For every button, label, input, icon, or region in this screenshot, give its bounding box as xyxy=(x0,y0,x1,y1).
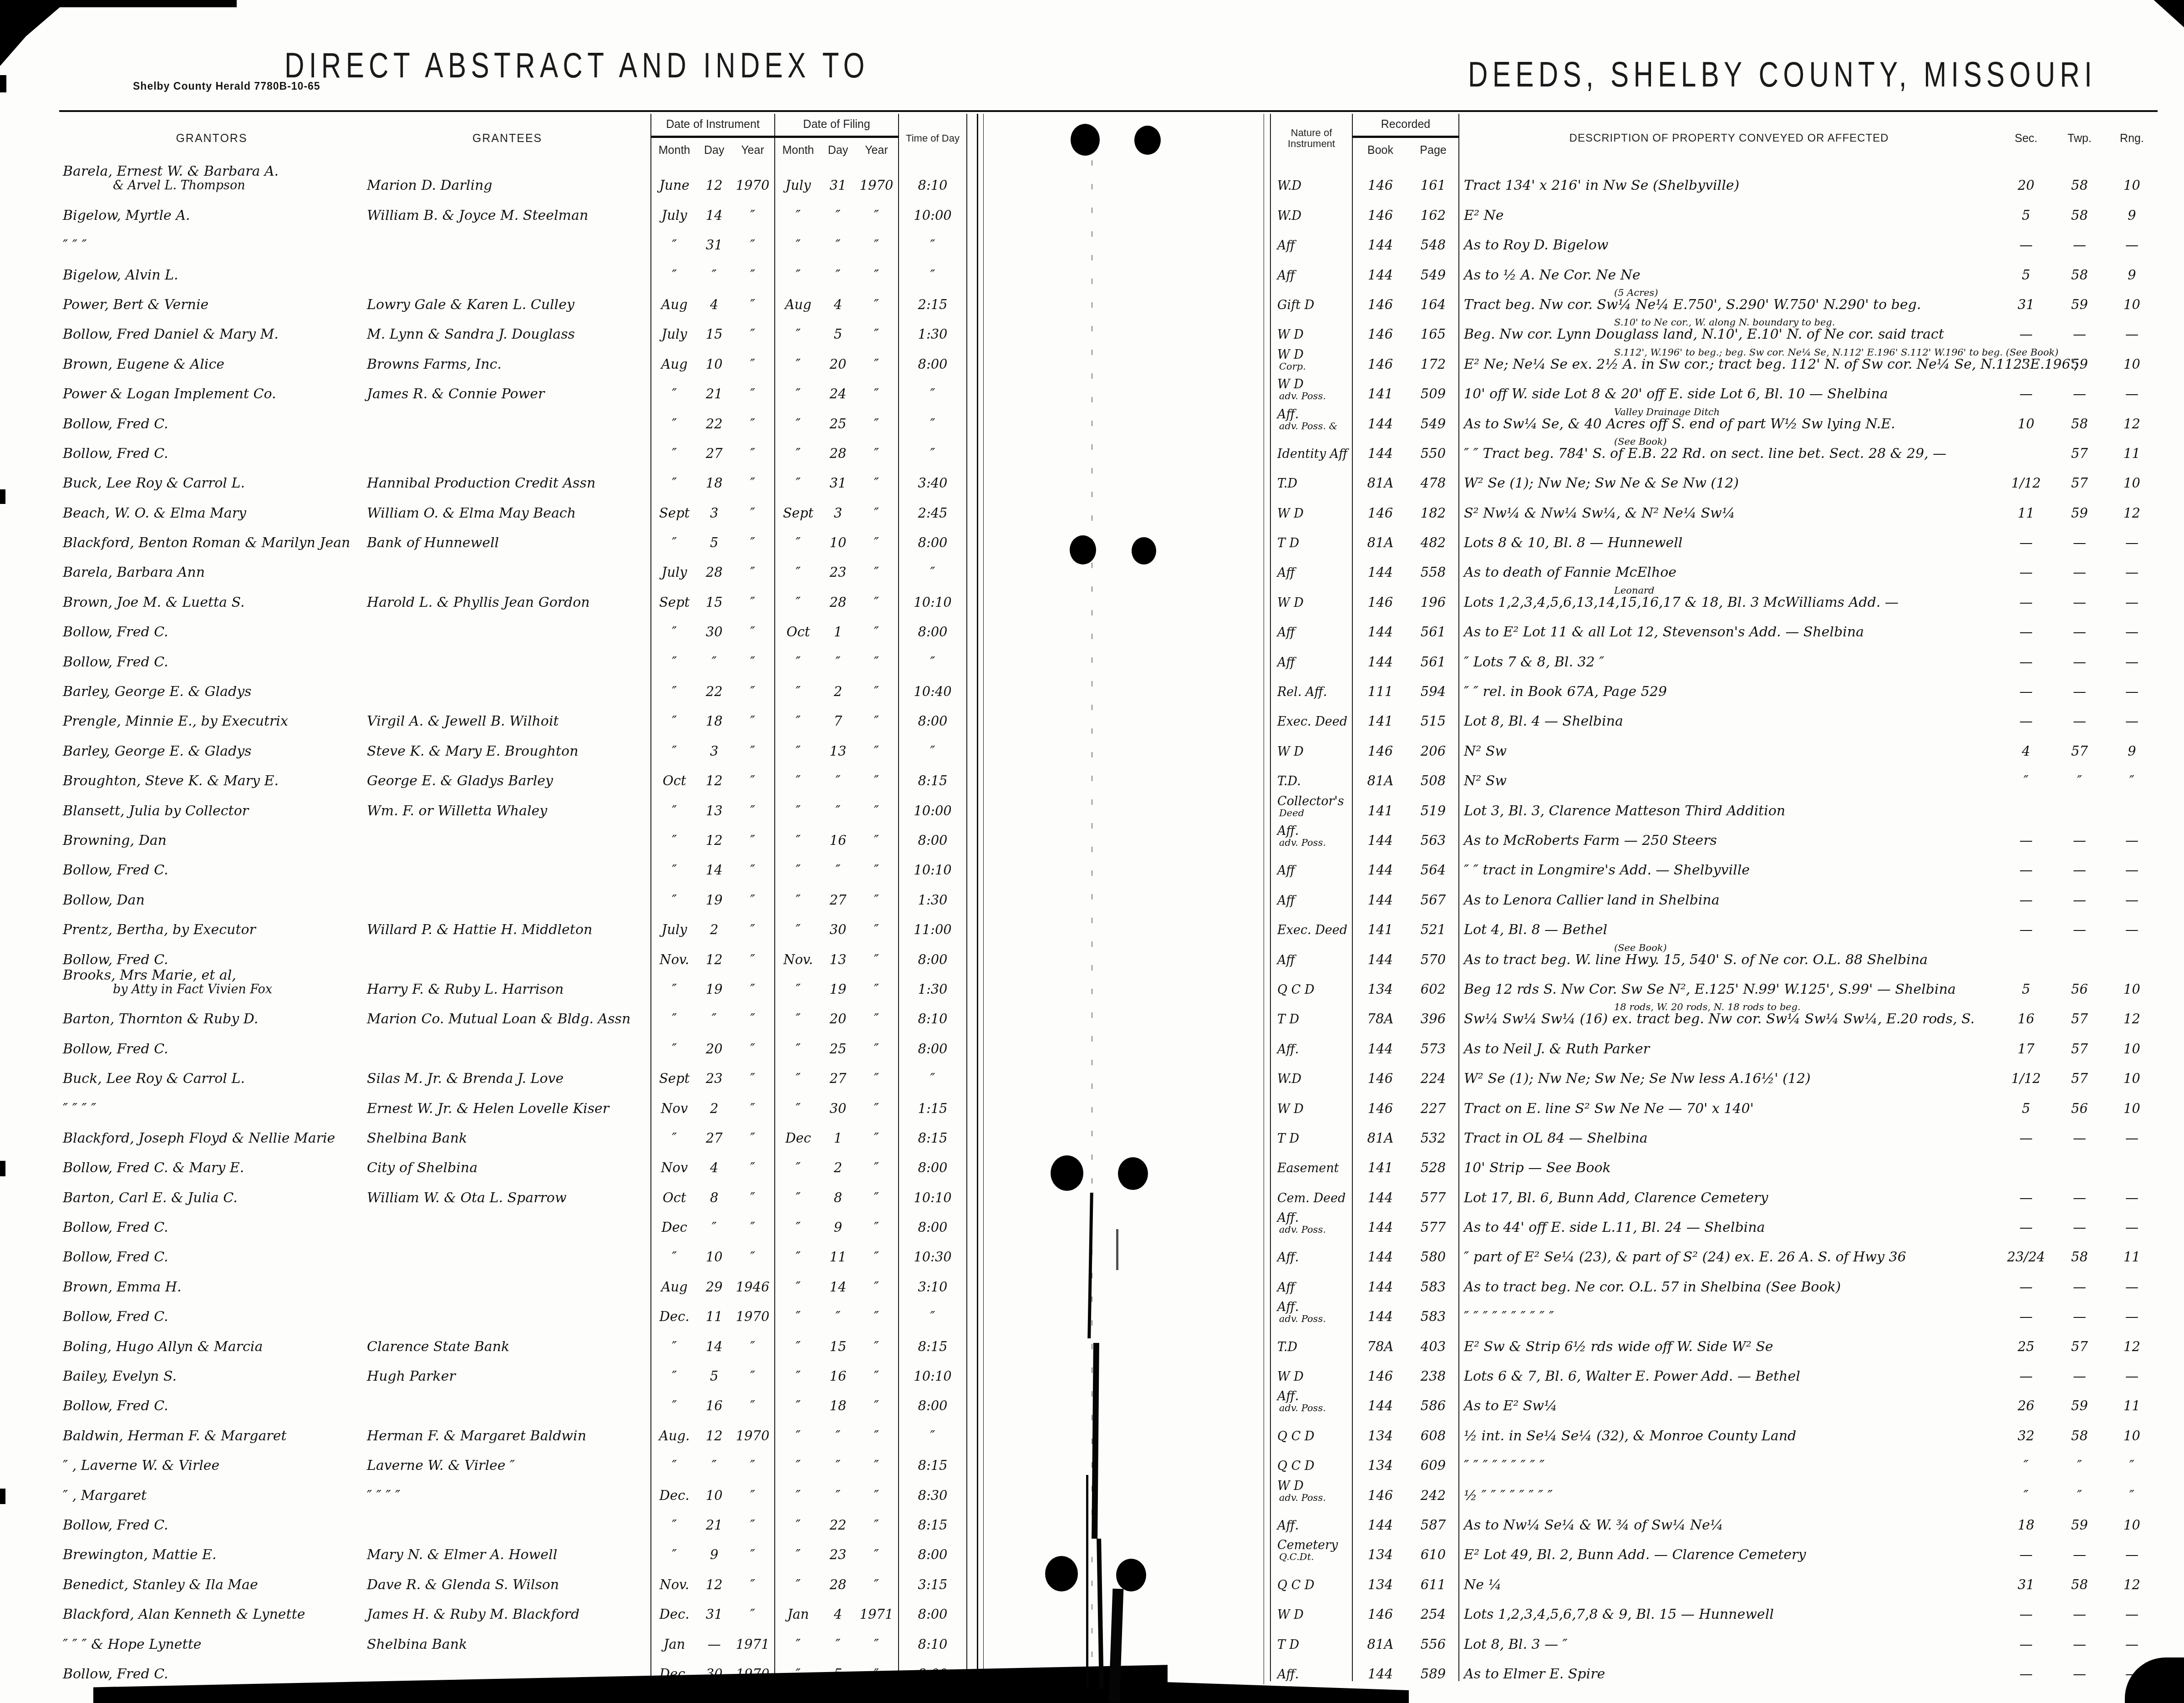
description-cell: As to Roy D. Bigelow xyxy=(1459,223,1999,252)
nature-of-instrument-cell: W D xyxy=(1270,1592,1352,1622)
filing-year-cell: ″ xyxy=(855,252,899,282)
time-of-day-cell: 8:10 xyxy=(899,996,967,1026)
sec-cell: — xyxy=(1999,1652,2053,1681)
time-of-day-cell: 1:15 xyxy=(899,1086,967,1115)
rng-cell: — xyxy=(2106,877,2158,907)
inst-month-cell: Sept xyxy=(651,580,697,609)
twp-cell: — xyxy=(2053,1592,2106,1622)
time-of-day-cell: 8:00 xyxy=(899,1026,967,1056)
grantee-cell: Harry F. & Ruby L. Harrison xyxy=(364,967,651,996)
page-cell: 254 xyxy=(1408,1592,1459,1622)
twp-cell: 57 xyxy=(2053,461,2106,490)
grantor-name: ″ , Laverne W. & Virlee xyxy=(63,1459,364,1473)
grantee-cell: George E. & Gladys Barley xyxy=(364,758,651,788)
page-cell: 161 xyxy=(1408,163,1459,193)
inst-month-cell: ″ xyxy=(651,401,697,431)
grantee-name: Marion D. Darling xyxy=(367,178,650,193)
ledger-row: Aff 144 564 ″ ″ tract in Longmire's Add.… xyxy=(1270,848,2158,877)
filing-day-cell: 5 xyxy=(821,312,855,341)
inst-day-cell: 13 xyxy=(697,788,731,818)
grantor-name: Bollow, Fred C. xyxy=(63,1042,364,1056)
inst-month-cell: Nov. xyxy=(651,1562,697,1591)
inst-month-cell: ″ xyxy=(651,1324,697,1353)
ledger-row: W D 146 196 Leonard Lots 1,2,3,4,5,6,13,… xyxy=(1270,580,2158,609)
sec-cell: — xyxy=(1999,1532,2053,1562)
grantor-name: Prentz, Bertha, by Executor xyxy=(63,923,364,937)
filing-month-cell: ″ xyxy=(775,1622,821,1651)
inst-year-cell: ″ xyxy=(731,699,775,728)
grantor-cell: Bollow, Fred C. xyxy=(59,1503,364,1532)
filing-day-cell: 13 xyxy=(821,937,855,966)
filing-year-cell: ″ xyxy=(855,1622,899,1651)
ledger-row: Aff 144 570 (See Book) As to tract beg. … xyxy=(1270,937,2158,966)
rng-cell: 10 xyxy=(2106,163,2158,193)
grantee-cell: Virgil A. & Jewell B. Wilhoit xyxy=(364,699,651,728)
ledger-row: Broughton, Steve K. & Mary E. George E. … xyxy=(59,758,967,788)
description-cell: S² Nw¼ & Nw¼ Sw¼, & N² Ne¼ Sw¼ xyxy=(1459,490,1999,520)
page-cell: 594 xyxy=(1408,669,1459,699)
page-cell: 573 xyxy=(1408,1026,1459,1056)
ledger-row: T D 78A 396 18 rods, W. 20 rods, N. 18 r… xyxy=(1270,996,2158,1026)
page-cell: 224 xyxy=(1408,1056,1459,1086)
filing-month-cell: ″ xyxy=(775,431,821,461)
filing-month-cell: ″ xyxy=(775,1503,821,1532)
ledger-row: Barton, Thornton & Ruby D. Marion Co. Mu… xyxy=(59,996,967,1026)
ledger-row: W D 146 227 Tract on E. line S² Sw Ne Ne… xyxy=(1270,1086,2158,1115)
sec-cell: 23/24 xyxy=(1999,1235,2053,1264)
filing-year-cell: ″ xyxy=(855,610,899,639)
scan-artifact-left-tick xyxy=(0,1489,5,1504)
grantor-name: Bollow, Fred C. & Mary E. xyxy=(63,1161,364,1175)
rng-cell: — xyxy=(2106,1622,2158,1651)
inst-day-cell: 27 xyxy=(697,1116,731,1145)
twp-cell: 58 xyxy=(2053,252,2106,282)
rng-cell: — xyxy=(2106,520,2158,550)
col-header-date-of-filing: Date of Filing xyxy=(775,114,899,137)
ledger-row: Aff 144 558 As to death of Fannie McElho… xyxy=(1270,550,2158,580)
filing-month-cell: ″ xyxy=(775,1086,821,1115)
grantor-cell: Blackford, Benton Roman & Marilyn Jean xyxy=(59,520,364,550)
grantee-name: Harry F. & Ruby L. Harrison xyxy=(367,982,650,996)
grantor-cell: Boling, Hugo Allyn & Marcia xyxy=(59,1324,364,1353)
inst-year-cell: ″ xyxy=(731,371,775,401)
filing-month-cell: July xyxy=(775,163,821,193)
filing-day-cell: ″ xyxy=(821,223,855,252)
page-cell: 602 xyxy=(1408,967,1459,996)
rng-cell xyxy=(2106,937,2158,966)
grantee-cell xyxy=(364,223,651,252)
filing-month-cell: ″ xyxy=(775,907,821,937)
sec-cell: 10 xyxy=(1999,401,2053,431)
inst-day-cell: 20 xyxy=(697,1026,731,1056)
inst-year-cell: ″ xyxy=(731,1354,775,1383)
page-cell: 583 xyxy=(1408,1264,1459,1294)
grantor-name: Brown, Eugene & Alice xyxy=(63,357,364,371)
ledger-row: Bigelow, Alvin L. ″ ″ ″ ″ ″ ″ ″ xyxy=(59,252,967,282)
description-cell: 10' off W. side Lot 8 & 20' off E. side … xyxy=(1459,371,1999,401)
inst-year-cell: ″ xyxy=(731,550,775,580)
filing-month-cell: ″ xyxy=(775,639,821,669)
sec-cell: 5 xyxy=(1999,193,2053,222)
nature-of-instrument-cell: Q C D xyxy=(1270,967,1352,996)
sec-cell: — xyxy=(1999,877,2053,907)
ledger-row: Bollow, Fred C. ″ 27 ″ ″ 28 ″ ″ xyxy=(59,431,967,461)
page-cell: 172 xyxy=(1408,341,1459,371)
filing-day-cell: 31 xyxy=(821,163,855,193)
filing-day-cell: 16 xyxy=(821,1354,855,1383)
twp-cell: 59 xyxy=(2053,1503,2106,1532)
grantor-cell: Barley, George E. & Gladys xyxy=(59,669,364,699)
filing-year-cell: ″ xyxy=(855,371,899,401)
inst-day-cell: 29 xyxy=(697,1264,731,1294)
filing-year-cell: 1970 xyxy=(855,163,899,193)
filing-year-cell: ″ xyxy=(855,788,899,818)
nature-of-instrument-cell: W.D xyxy=(1270,1056,1352,1086)
sec-cell: — xyxy=(1999,818,2053,848)
grantor-name: Blackford, Joseph Floyd & Nellie Marie xyxy=(63,1131,364,1145)
sec-cell: — xyxy=(1999,223,2053,252)
nature-of-instrument-cell: Easement xyxy=(1270,1145,1352,1175)
col-header-description: DESCRIPTION OF PROPERTY CONVEYED OR AFFE… xyxy=(1459,114,1999,163)
filing-day-cell: 18 xyxy=(821,1383,855,1413)
grantee-name: Harold L. & Phyllis Jean Gordon xyxy=(367,595,650,610)
filing-year-cell: ″ xyxy=(855,728,899,758)
book-cell: 144 xyxy=(1352,1026,1408,1056)
time-of-day-cell: 8:00 xyxy=(899,1205,967,1235)
grantor-cell: ″ , Margaret xyxy=(59,1473,364,1502)
book-cell: 146 xyxy=(1352,1056,1408,1086)
twp-cell: — xyxy=(2053,610,2106,639)
grantee-cell xyxy=(364,818,651,848)
page-cell: 611 xyxy=(1408,1562,1459,1591)
grantor-cell: Buck, Lee Roy & Carrol L. xyxy=(59,461,364,490)
description-note: Valley Drainage Ditch xyxy=(1614,407,1999,417)
time-of-day-cell: 8:00 xyxy=(899,818,967,848)
grantee-cell xyxy=(364,848,651,877)
grantee-cell: William W. & Ota L. Sparrow xyxy=(364,1175,651,1205)
filing-year-cell: ″ xyxy=(855,1086,899,1115)
nature-of-instrument-cell: Aff xyxy=(1270,1264,1352,1294)
ledger-row: Q C D 134 611 Ne ¼ 31 58 12 xyxy=(1270,1562,2158,1591)
inst-day-cell: 10 xyxy=(697,341,731,371)
page-title-right: DEEDS, SHELBY COUNTY, MISSOURI xyxy=(1468,54,2097,95)
book-cell: 146 xyxy=(1352,163,1408,193)
filing-month-cell: ″ xyxy=(775,877,821,907)
book-cell: 146 xyxy=(1352,1592,1408,1622)
page-cell: 549 xyxy=(1408,401,1459,431)
punch-hole xyxy=(1116,1559,1146,1591)
filing-year-cell: ″ xyxy=(855,1413,899,1443)
grantee-name: Shelbina Bank xyxy=(367,1131,650,1145)
twp-cell: 57 xyxy=(2053,431,2106,461)
inst-day-cell: 18 xyxy=(697,461,731,490)
description-text: N² Sw xyxy=(1464,774,1999,788)
rng-cell xyxy=(2106,1145,2158,1175)
description-text: As to 44' off E. side L.11, Bl. 24 — She… xyxy=(1464,1220,1999,1235)
grantor-name: Bollow, Fred C. xyxy=(63,1220,364,1235)
time-of-day-cell: ″ xyxy=(899,401,967,431)
page-cell: 519 xyxy=(1408,788,1459,818)
ledger-row: Bollow, Fred C. ″ 14 ″ ″ ″ ″ 10:10 xyxy=(59,848,967,877)
sec-cell: 32 xyxy=(1999,1413,2053,1443)
inst-month-cell: Dec. xyxy=(651,1473,697,1502)
grantee-cell: William O. & Elma May Beach xyxy=(364,490,651,520)
inst-month-cell: Nov. xyxy=(651,937,697,966)
filing-year-cell: ″ xyxy=(855,1294,899,1324)
grantee-name: James H. & Ruby M. Blackford xyxy=(367,1607,650,1622)
inst-day-cell: 21 xyxy=(697,1503,731,1532)
inst-year-cell: ″ xyxy=(731,252,775,282)
description-text: Lot 17, Bl. 6, Bunn Add, Clarence Cemete… xyxy=(1464,1191,1999,1205)
ledger-row: Bollow, Fred C. ″ 20 ″ ″ 25 ″ 8:00 xyxy=(59,1026,967,1056)
grantee-cell xyxy=(364,669,651,699)
grantor-cell: Brown, Emma H. xyxy=(59,1264,364,1294)
filing-day-cell: ″ xyxy=(821,758,855,788)
filing-year-cell: ″ xyxy=(855,1473,899,1502)
left-page-edge-line2 xyxy=(983,114,984,1684)
description-cell: (5 Acres) Tract beg. Nw cor. Sw¼ Ne¼ E.7… xyxy=(1459,282,1999,312)
inst-year-cell: ″ xyxy=(731,1026,775,1056)
inst-day-cell: 12 xyxy=(697,1562,731,1591)
grantor-name: Brown, Emma H. xyxy=(63,1280,364,1294)
ledger-row: Power & Logan Implement Co. James R. & C… xyxy=(59,371,967,401)
col-header-date-of-instrument: Date of Instrument xyxy=(651,114,775,137)
grantee-name: Willard P. & Hattie H. Middleton xyxy=(367,923,650,937)
rng-cell: — xyxy=(2106,907,2158,937)
filing-day-cell: 14 xyxy=(821,1264,855,1294)
filing-year-cell: ″ xyxy=(855,1145,899,1175)
grantor-cell: Power, Bert & Vernie xyxy=(59,282,364,312)
inst-year-cell: ″ xyxy=(731,1592,775,1622)
grantor-name: Bollow, Fred C. xyxy=(63,417,364,431)
inst-day-cell: 8 xyxy=(697,1175,731,1205)
grantor-name: Browning, Dan xyxy=(63,834,364,848)
time-of-day-cell: 8:00 xyxy=(899,610,967,639)
filing-day-cell: 10 xyxy=(821,520,855,550)
grantor-name: Bollow, Fred C. xyxy=(63,655,364,669)
rng-cell: — xyxy=(2106,1205,2158,1235)
description-text: Lots 6 & 7, Bl. 6, Walter E. Power Add. … xyxy=(1464,1369,1999,1383)
page-cell: 610 xyxy=(1408,1532,1459,1562)
book-cell: 144 xyxy=(1352,1205,1408,1235)
nature-of-instrument-cell: Aff xyxy=(1270,848,1352,877)
page-cell: 549 xyxy=(1408,252,1459,282)
inst-day-cell: 5 xyxy=(697,520,731,550)
nature-of-instrument-cell: Aff xyxy=(1270,550,1352,580)
filing-year-cell: ″ xyxy=(855,193,899,222)
grantor-cell: Blansett, Julia by Collector xyxy=(59,788,364,818)
inst-month-cell: July xyxy=(651,312,697,341)
rng-cell: — xyxy=(2106,1592,2158,1622)
book-cell: 144 xyxy=(1352,431,1408,461)
rng-cell: — xyxy=(2106,848,2158,877)
nature-of-instrument-cell: Aff. adv. Poss. xyxy=(1270,1383,1352,1413)
nature-line2: adv. Poss. xyxy=(1279,838,1352,848)
grantee-name: Hannibal Production Credit Assn xyxy=(367,476,650,490)
description-text: Lot 8, Bl. 3 — ″ xyxy=(1464,1637,1999,1652)
time-of-day-cell: 8:00 xyxy=(899,1592,967,1622)
grantor-name: Buck, Lee Roy & Carrol L. xyxy=(63,1072,364,1086)
filing-year-cell: ″ xyxy=(855,1116,899,1145)
grantee-cell: Marion D. Darling xyxy=(364,163,651,193)
description-text: As to Neil J. & Ruth Parker xyxy=(1464,1042,1999,1056)
page-cell: 196 xyxy=(1408,580,1459,609)
nature-of-instrument-cell: T D xyxy=(1270,520,1352,550)
ledger-row: Aff. adv. Poss. & 144 549 Valley Drainag… xyxy=(1270,401,2158,431)
filing-year-cell: ″ xyxy=(855,699,899,728)
filing-month-cell: ″ xyxy=(775,1383,821,1413)
inst-month-cell: Sept xyxy=(651,1056,697,1086)
grantor-name: Barton, Carl E. & Julia C. xyxy=(63,1191,364,1205)
filing-day-cell: 1 xyxy=(821,1116,855,1145)
description-cell: ″ Lots 7 & 8, Bl. 32 ″ xyxy=(1459,639,1999,669)
description-text: As to Lenora Callier land in Shelbina xyxy=(1464,893,1999,907)
filing-year-cell: ″ xyxy=(855,1205,899,1235)
ledger-row: Aff. 144 587 As to Nw¼ Se¼ & W. ¾ of Sw¼… xyxy=(1270,1503,2158,1532)
rng-cell: 10 xyxy=(2106,461,2158,490)
filing-year-cell: ″ xyxy=(855,848,899,877)
inst-year-cell: ″ xyxy=(731,877,775,907)
filing-day-cell: 27 xyxy=(821,877,855,907)
description-text: As to Roy D. Bigelow xyxy=(1464,238,1999,252)
filing-month-cell: ″ xyxy=(775,520,821,550)
nature-of-instrument-cell: Aff. adv. Poss. xyxy=(1270,818,1352,848)
book-cell: 81A xyxy=(1352,1116,1408,1145)
rng-cell: — xyxy=(2106,580,2158,609)
description-text: Lot 3, Bl. 3, Clarence Matteson Third Ad… xyxy=(1464,804,1999,818)
inst-year-cell: ″ xyxy=(731,1116,775,1145)
twp-cell: — xyxy=(2053,699,2106,728)
time-of-day-cell: 10:10 xyxy=(899,848,967,877)
ledger-row: Aff. adv. Poss. 144 586 As to E² Sw¼ 26 … xyxy=(1270,1383,2158,1413)
filing-year-cell: ″ xyxy=(855,431,899,461)
grantee-cell xyxy=(364,1383,651,1413)
inst-month-cell: Oct xyxy=(651,1175,697,1205)
rng-cell: — xyxy=(2106,371,2158,401)
description-cell: E² Ne xyxy=(1459,193,1999,222)
description-text: ″ ″ rel. in Book 67A, Page 529 xyxy=(1464,685,1999,699)
filing-year-cell: ″ xyxy=(855,1383,899,1413)
grantor-name: ″ , Margaret xyxy=(63,1489,364,1503)
grantor-name: Barley, George E. & Gladys xyxy=(63,744,364,758)
ledger-row: Browning, Dan ″ 12 ″ ″ 16 ″ 8:00 xyxy=(59,818,967,848)
sec-cell: 5 xyxy=(1999,252,2053,282)
filing-day-cell: ″ xyxy=(821,1443,855,1473)
filing-month-cell: ″ xyxy=(775,758,821,788)
description-text: ″ ″ tract in Longmire's Add. — Shelbyvil… xyxy=(1464,863,1999,877)
inst-year-cell: ″ xyxy=(731,1473,775,1502)
description-cell: Lot 8, Bl. 4 — Shelbina xyxy=(1459,699,1999,728)
time-of-day-cell: ″ xyxy=(899,431,967,461)
time-of-day-cell: 10:40 xyxy=(899,669,967,699)
filing-year-cell: ″ xyxy=(855,520,899,550)
time-of-day-cell: 8:00 xyxy=(899,341,967,371)
filing-day-cell: 23 xyxy=(821,550,855,580)
inst-month-cell: July xyxy=(651,550,697,580)
filing-day-cell: 8 xyxy=(821,1175,855,1205)
inst-year-cell: 1970 xyxy=(731,163,775,193)
page-cell: 564 xyxy=(1408,848,1459,877)
nature-of-instrument-cell: W D xyxy=(1270,312,1352,341)
filing-year-cell: ″ xyxy=(855,341,899,371)
grantor-name: Bollow, Fred C. xyxy=(63,625,364,639)
grantor-name: Barley, George E. & Gladys xyxy=(63,685,364,699)
nature-of-instrument-cell: Aff xyxy=(1270,610,1352,639)
grantor-cell: Bollow, Fred C. & Mary E. xyxy=(59,1145,364,1175)
book-cell: 81A xyxy=(1352,461,1408,490)
inst-month-cell: ″ xyxy=(651,877,697,907)
ledger-row: Aff. 144 580 ″ part of E² Se¼ (23), & pa… xyxy=(1270,1235,2158,1264)
inst-year-cell: ″ xyxy=(731,907,775,937)
grantor-cell: Brown, Eugene & Alice xyxy=(59,341,364,371)
grantor-cell: Bollow, Fred C. xyxy=(59,610,364,639)
description-text: Lots 1,2,3,4,5,6,7,8 & 9, Bl. 15 — Hunne… xyxy=(1464,1607,1999,1622)
nature-of-instrument-cell: Aff. xyxy=(1270,1503,1352,1532)
filing-day-cell: 20 xyxy=(821,341,855,371)
nature-of-instrument-cell: Cem. Deed xyxy=(1270,1175,1352,1205)
filing-year-cell: ″ xyxy=(855,1503,899,1532)
grantee-cell xyxy=(364,1205,651,1235)
description-cell: Lots 1,2,3,4,5,6,7,8 & 9, Bl. 15 — Hunne… xyxy=(1459,1592,1999,1622)
grantee-cell xyxy=(364,1294,651,1324)
description-text: Lot 8, Bl. 4 — Shelbina xyxy=(1464,714,1999,728)
inst-year-cell: ″ xyxy=(731,520,775,550)
inst-month-cell: ″ xyxy=(651,1383,697,1413)
filing-month-cell: Sept xyxy=(775,490,821,520)
sec-cell xyxy=(1999,1145,2053,1175)
book-cell: 81A xyxy=(1352,520,1408,550)
description-text: As to tract beg. W. line Hwy. 15, 540' S… xyxy=(1464,953,1999,967)
book-cell: 144 xyxy=(1352,1652,1408,1681)
filing-month-cell: ″ xyxy=(775,699,821,728)
grantor-name-line2: & Arvel L. Thompson xyxy=(113,178,364,193)
grantor-name: Bollow, Fred C. xyxy=(63,1518,364,1532)
filing-day-cell: 3 xyxy=(821,490,855,520)
inst-month-cell: Dec. xyxy=(651,1592,697,1622)
filing-month-cell: ″ xyxy=(775,1205,821,1235)
ledger-row: Bollow, Fred C. Nov. 12 ″ Nov. 13 ″ 8:00 xyxy=(59,937,967,966)
ledger-row: W D Corp. 146 172 S.112', W.196' to beg.… xyxy=(1270,341,2158,371)
grantee-name: Herman F. & Margaret Baldwin xyxy=(367,1429,650,1443)
sec-cell: 31 xyxy=(1999,1562,2053,1591)
filing-day-cell: 22 xyxy=(821,1503,855,1532)
rng-cell: 10 xyxy=(2106,341,2158,371)
description-cell: Lot 3, Bl. 3, Clarence Matteson Third Ad… xyxy=(1459,788,1999,818)
rng-cell: ″ xyxy=(2106,758,2158,788)
punch-hole xyxy=(1071,124,1100,156)
rng-cell: 10 xyxy=(2106,1026,2158,1056)
rng-cell: — xyxy=(2106,639,2158,669)
description-cell: Valley Drainage Ditch As to Sw¼ Se, & 40… xyxy=(1459,401,1999,431)
time-of-day-cell: 8:15 xyxy=(899,758,967,788)
filing-year-cell: ″ xyxy=(855,1026,899,1056)
ledger-row: Bollow, Fred C. ″ 30 ″ Oct 1 ″ 8:00 xyxy=(59,610,967,639)
grantee-cell xyxy=(364,1026,651,1056)
nature-of-instrument-cell: T.D xyxy=(1270,461,1352,490)
nature-line2: adv. Poss. & xyxy=(1279,421,1352,431)
twp-cell: 57 xyxy=(2053,996,2106,1026)
col-header-nature: Nature of Instrument xyxy=(1270,114,1352,163)
nature-of-instrument-cell: Aff. adv. Poss. & xyxy=(1270,401,1352,431)
inst-month-cell: ″ xyxy=(651,431,697,461)
ledger-row: Bollow, Fred Daniel & Mary M. M. Lynn & … xyxy=(59,312,967,341)
inst-day-cell: 3 xyxy=(697,728,731,758)
inst-year-cell: ″ xyxy=(731,728,775,758)
inst-month-cell: ″ xyxy=(651,788,697,818)
ledger-row: Aff. adv. Poss. 144 577 As to 44' off E.… xyxy=(1270,1205,2158,1235)
inst-year-cell: ″ xyxy=(731,669,775,699)
col-header-rng: Rng. xyxy=(2106,114,2158,163)
